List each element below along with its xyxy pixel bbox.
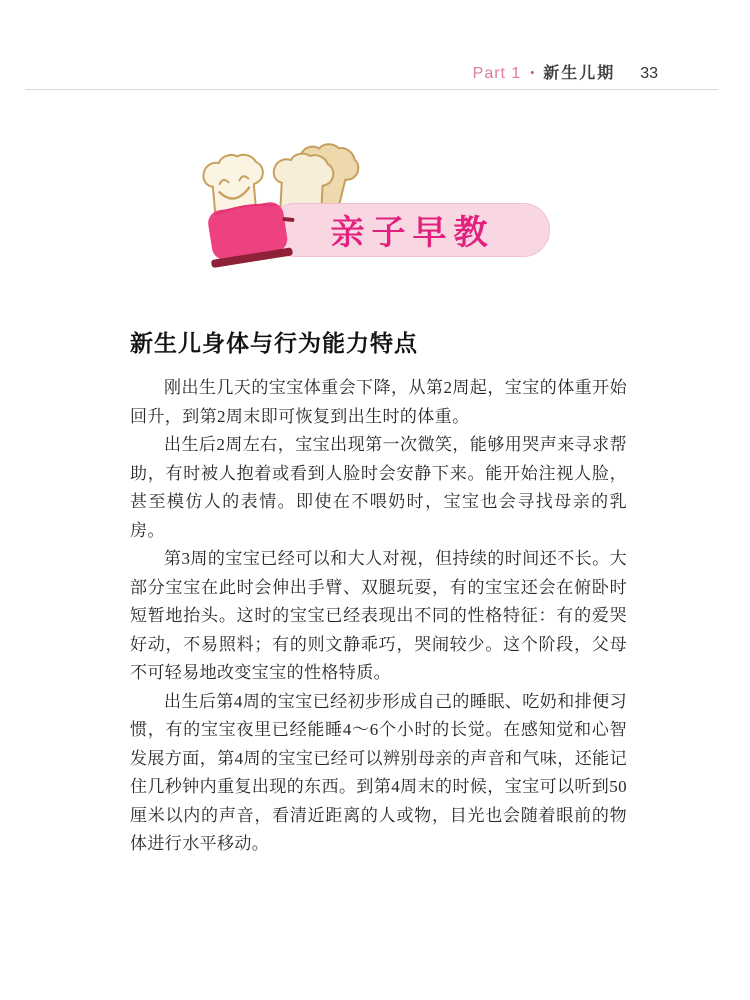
- toaster-icon: [192, 150, 312, 280]
- article: 新生儿身体与行为能力特点 刚出生几天的宝宝体重会下降，从第2周起，宝宝的体重开始…: [130, 325, 627, 859]
- paragraph-1: 刚出生几天的宝宝体重会下降，从第2周起，宝宝的体重开始回升，到第2周末即可恢复到…: [130, 374, 627, 431]
- paragraph-3: 第3周的宝宝已经可以和大人对视，但持续的时间还不长。大部分宝宝在此时会伸出手臂、…: [130, 545, 627, 688]
- banner-title: 亲子早教: [324, 205, 495, 254]
- paragraph-2: 出生后2周左右，宝宝出现第一次微笑，能够用哭声来寻求帮助，有时被人抱着或看到人脸…: [130, 431, 627, 545]
- banner: 亲子早教: [0, 0, 750, 300]
- paragraph-4: 出生后第4周的宝宝已经初步形成自己的睡眠、吃奶和排便习惯，有的宝宝夜里已经能睡4…: [130, 688, 627, 859]
- section-heading: 新生儿身体与行为能力特点: [130, 325, 627, 358]
